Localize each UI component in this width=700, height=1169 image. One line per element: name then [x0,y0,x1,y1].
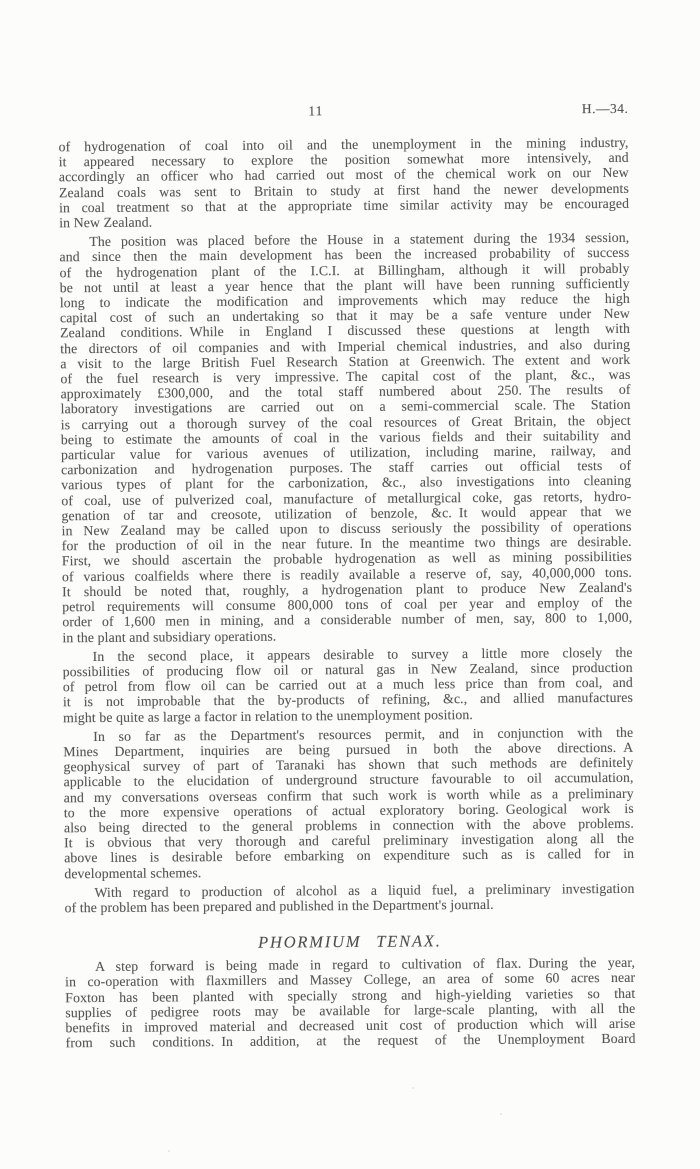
page-header: 11 H.—34. [58,100,628,121]
scan-speck [500,1113,502,1115]
text-line: in New Zealand. [59,211,629,231]
paragraph: In so far as the Department's resources … [63,724,634,881]
paragraph: A step forward is being made in regard t… [65,955,636,1051]
scanned-page: 11 H.—34. of hydrogenation of coal into … [0,0,700,1169]
report-number: H.—34. [582,100,629,117]
paragraph: of hydrogenation of coal into oil and th… [59,135,630,231]
paragraph: The position was placed before the House… [59,230,632,645]
document-text: of hydrogenation of coal into oil and th… [59,135,636,1051]
section-heading: PHORMIUM TENAX. [65,931,635,953]
paragraph: With regard to production of alcohol as … [64,881,634,916]
page-number: 11 [308,102,323,119]
text-line: of the problem has been prepared and pub… [65,896,635,916]
scan-speck [168,1150,170,1152]
page-content: 11 H.—34. of hydrogenation of coal into … [0,0,700,1169]
paragraph: In the second place, it appears desirabl… [63,644,634,724]
text-line: from such conditions. In addition, at th… [66,1031,636,1051]
scan-speck [412,1087,414,1089]
